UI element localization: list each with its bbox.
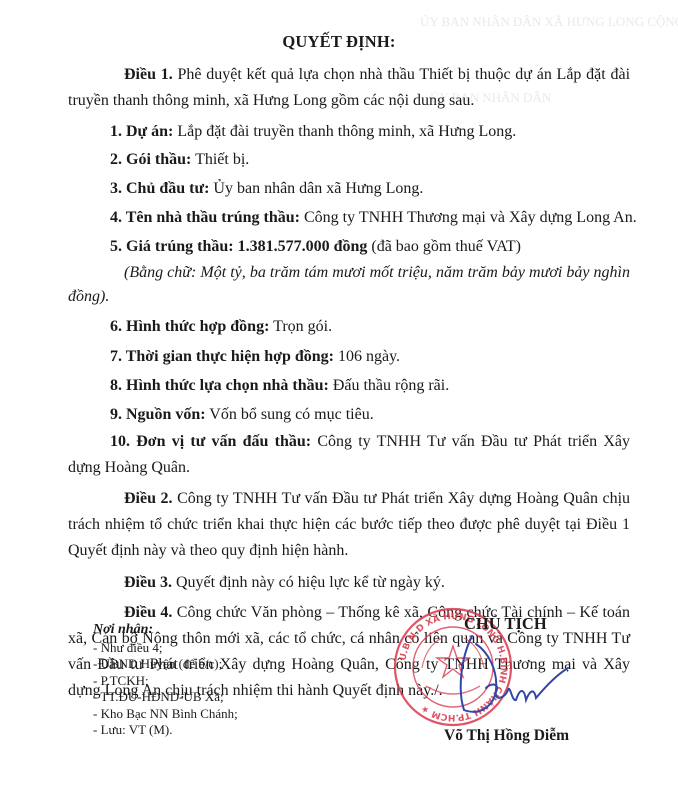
article-2: Điều 2. Công ty TNHH Tư vấn Đầu tư Phát … [68,486,630,564]
article-3: Điều 3. Quyết định này có hiệu lực kể từ… [68,570,630,596]
recipient-item: - Như điều 4; [93,640,238,657]
item-investor: 3. Chủ đầu tư: Ủy ban nhân dân xã Hưng L… [110,179,423,199]
recipient-item: - Kho Bạc NN Bình Chánh; [93,706,238,723]
recipients-list: Nơi nhận: - Như điều 4; - UBND Huyện (để… [93,622,238,739]
item-winning-price: 5. Giá trúng thầu: 1.381.577.000 đồng (đ… [110,237,521,257]
item-project: 1. Dự án: Lắp đặt đài truyền thanh thông… [110,122,516,142]
handwritten-signature-icon [450,630,570,720]
recipients-heading: Nơi nhận: [93,622,238,639]
item-contract-type: 6. Hình thức hợp đồng: Trọn gói. [110,317,332,337]
bleed-through-text: ỦY BAN NHÂN DÂN XÃ HƯNG LONG CỘNG HÒA XÃ… [420,14,678,30]
signer-name: Võ Thị Hồng Diễm [444,727,569,745]
item-selection-method: 8. Hình thức lựa chọn nhà thầu: Đấu thầu… [110,376,449,396]
document-title: QUYẾT ĐỊNH: [0,32,678,52]
recipient-item: - Lưu: VT (M). [93,722,238,739]
item-winning-contractor: 4. Tên nhà thầu trúng thầu: Công ty TNHH… [110,208,637,228]
recipient-item: - TT.ĐU-HĐND-UB Xã; [93,689,238,706]
article-1: Điều 1. Phê duyệt kết quả lựa chọn nhà t… [68,62,630,114]
item-contract-duration: 7. Thời gian thực hiện hợp đồng: 106 ngà… [110,347,400,367]
item-bid-consultant: 10. Đơn vị tư vấn đấu thầu: Công ty TNHH… [68,429,630,481]
recipient-item: - P.TCKH; [93,673,238,690]
document-page: ỦY BAN NHÂN DÂN XÃ HƯNG LONG CỘNG HÒA XÃ… [0,0,678,808]
amount-in-words: (Bằng chữ: Một tỷ, ba trăm tám mươi mốt … [68,261,630,309]
item-package: 2. Gói thầu: Thiết bị. [110,150,249,170]
recipient-item: - UBND Huyện (để b/c); [93,656,238,673]
item-funding-source: 9. Nguồn vốn: Vốn bổ sung có mục tiêu. [110,405,374,425]
article-1-label: Điều 1. [124,66,173,83]
